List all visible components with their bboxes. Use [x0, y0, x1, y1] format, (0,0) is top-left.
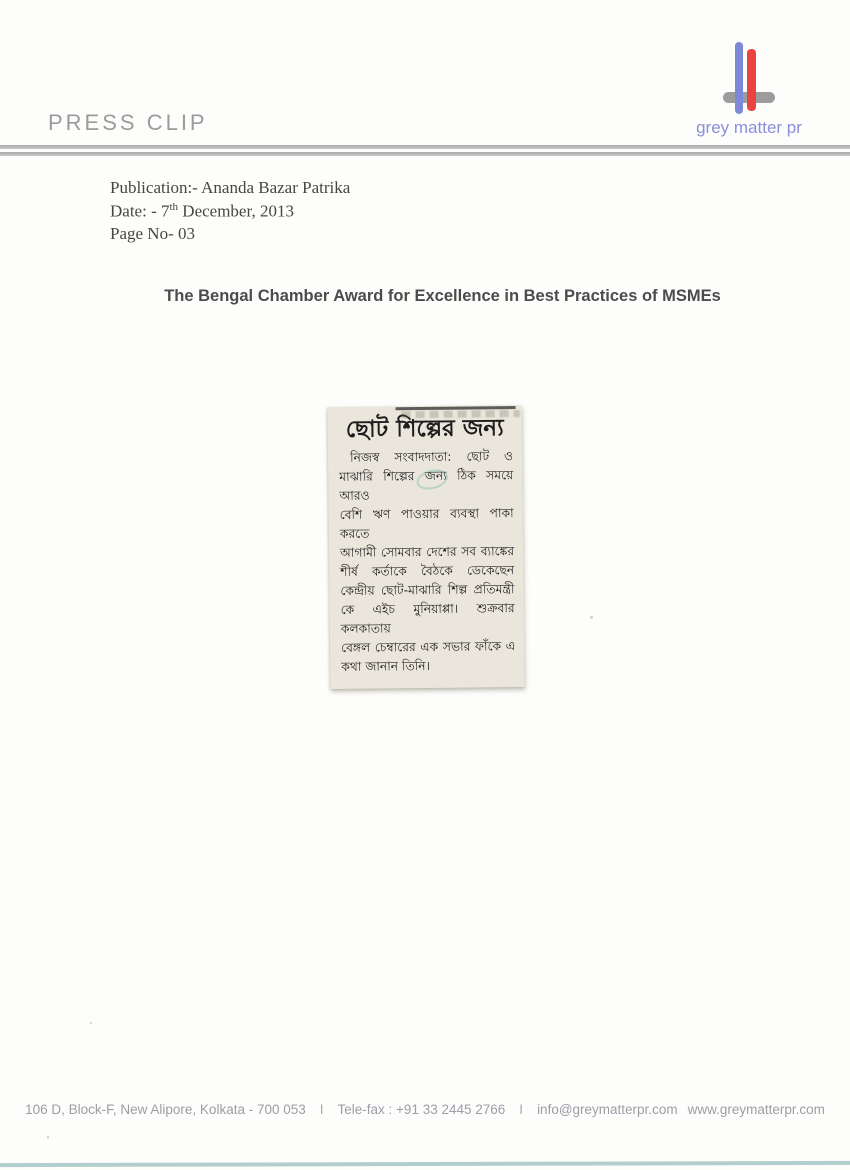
clipping-body-line: বেঙ্গল চেম্বারের এক সভার ফাঁকে এ	[341, 638, 515, 659]
logo-red-bar-icon	[747, 49, 756, 111]
footer-address: 106 D, Block-F, New Alipore, Kolkata - 7…	[25, 1102, 306, 1117]
scan-speck	[90, 1022, 92, 1024]
clipping-body-line: বেশি ঋণ পাওয়ার ব্যবস্থা পাকা করতে	[340, 505, 514, 545]
footer-separator: I	[320, 1102, 324, 1117]
newspaper-clipping: ছোট শিল্পের জন্য নিজস্ব সংবাদদাতা: ছোট ও…	[328, 405, 525, 689]
clipping-body-line: আগামী সোমবার দেশের সব ব্যাঙ্কের	[340, 543, 514, 564]
publication-line: Publication:- Ananda Bazar Patrika	[110, 177, 350, 200]
clipping-body-line: কথা জানান তিনি।	[341, 657, 515, 678]
page-number-line: Page No- 03	[110, 223, 350, 246]
document-type-label: PRESS CLIP	[48, 110, 208, 136]
logo-blue-bar-icon	[735, 42, 743, 114]
footer-separator: I	[519, 1102, 523, 1117]
footer-website: www.greymatterpr.com	[688, 1102, 825, 1117]
press-clip-page: PRESS CLIP grey matter pr Publication:- …	[0, 0, 850, 1170]
header-divider-bottom	[0, 152, 850, 156]
clipping-body-line: কেন্দ্রীয় ছোট-মাঝারি শিল্প প্রতিমন্ত্রী	[340, 581, 514, 602]
footer-contact-line: 106 D, Block-F, New Alipore, Kolkata - 7…	[0, 1102, 850, 1117]
clipping-ghost-print	[402, 410, 520, 418]
brand-name: grey matter pr	[690, 118, 808, 138]
grey-matter-pr-logo: grey matter pr	[690, 38, 808, 142]
clipping-headline: ছোট শিল্পের জন্য	[332, 415, 518, 443]
date-prefix: Date: - 7	[110, 201, 169, 220]
article-title: The Bengal Chamber Award for Excellence …	[0, 287, 850, 306]
date-line: Date: - 7th December, 2013	[110, 200, 350, 223]
footer-accent-bar	[0, 1161, 850, 1167]
date-ordinal-suffix: th	[169, 201, 178, 213]
clipping-body-line: কে এইচ মুনিয়াপ্পা। শুক্রবার কলকাতায়	[341, 600, 515, 640]
clipping-body-line: শীর্ষ কর্তাকে বৈঠকে ডেকেছেন	[340, 562, 514, 583]
footer-email: info@greymatterpr.com	[537, 1102, 678, 1117]
date-rest: December, 2013	[178, 201, 294, 220]
footer-telefax: Tele-fax : +91 33 2445 2766	[338, 1102, 506, 1117]
clipping-body-line: নিজস্ব সংবাদদাতা: ছোট ও	[339, 448, 513, 469]
publication-meta: Publication:- Ananda Bazar Patrika Date:…	[110, 177, 350, 245]
scan-speck	[47, 1136, 49, 1139]
header-divider-top	[0, 145, 850, 149]
scan-speck	[590, 616, 593, 619]
